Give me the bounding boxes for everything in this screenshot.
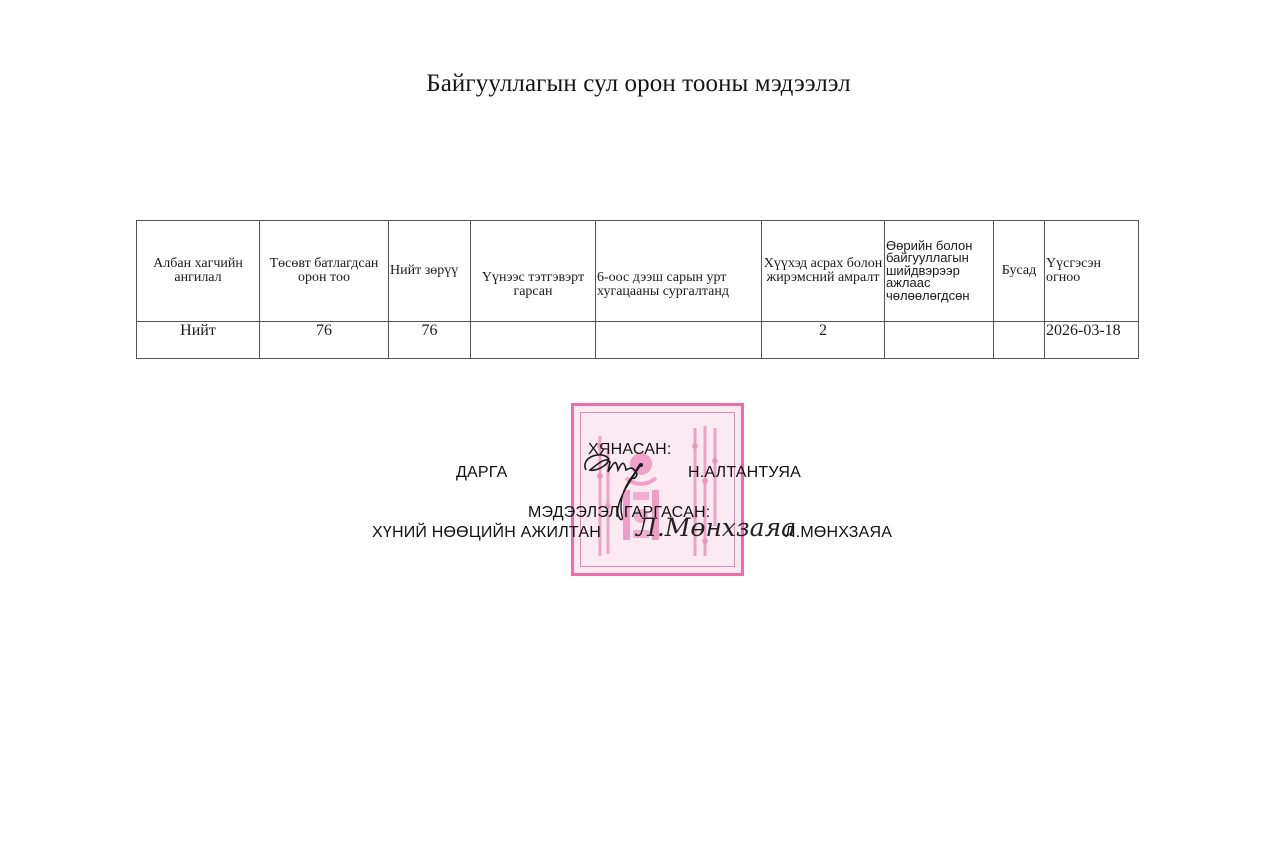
vacancy-table: Албан хагчийн ангилал Төсөвт батлагдсан … bbox=[136, 220, 1139, 359]
header-category: Албан хагчийн ангилал bbox=[137, 221, 260, 322]
cell-approved-positions: 76 bbox=[260, 322, 389, 359]
hr-signature: Л.Мөнхзаяа bbox=[636, 513, 796, 542]
header-childcare-leave: Хүүхэд асрах болон жирэмсний амралт bbox=[762, 221, 885, 322]
cell-long-training bbox=[596, 322, 762, 359]
cell-category: Нийт bbox=[137, 322, 260, 359]
hr-name: Л.МӨНХЗАЯА bbox=[785, 524, 892, 542]
cell-total-difference: 76 bbox=[389, 322, 471, 359]
header-dismissed: Өөрийн болон байгууллагын шийдвэрээр ажл… bbox=[885, 221, 994, 322]
cell-childcare-leave: 2 bbox=[762, 322, 885, 359]
cell-created-date: 2026-03-18 bbox=[1045, 322, 1139, 359]
director-title: ДАРГА bbox=[456, 464, 507, 482]
header-total-difference: Нийт зөрүү bbox=[389, 221, 471, 322]
header-approved-positions: Төсөвт батлагдсан орон тоо bbox=[260, 221, 389, 322]
cell-retired bbox=[471, 322, 596, 359]
header-long-training: 6-оос дээш сарын урт хугацааны сургалтан… bbox=[596, 221, 762, 322]
table-header-row: Албан хагчийн ангилал Төсөвт батлагдсан … bbox=[137, 221, 1139, 322]
header-created-date: Үүсгэсэн огноо bbox=[1045, 221, 1139, 322]
director-name: Н.АЛТАНТУЯА bbox=[688, 464, 801, 482]
cell-dismissed bbox=[885, 322, 994, 359]
header-other: Бусад bbox=[994, 221, 1045, 322]
page-title: Байгууллагын сул орон тооны мэдээлэл bbox=[0, 70, 1277, 98]
hr-title: ХҮНИЙ НӨӨЦИЙН АЖИЛТАН bbox=[372, 524, 601, 542]
cell-other bbox=[994, 322, 1045, 359]
header-retired: Үүнээс тэтгэвэрт гарсан bbox=[471, 221, 596, 322]
table-row: Нийт 76 76 2 2026-03-18 bbox=[137, 322, 1139, 359]
